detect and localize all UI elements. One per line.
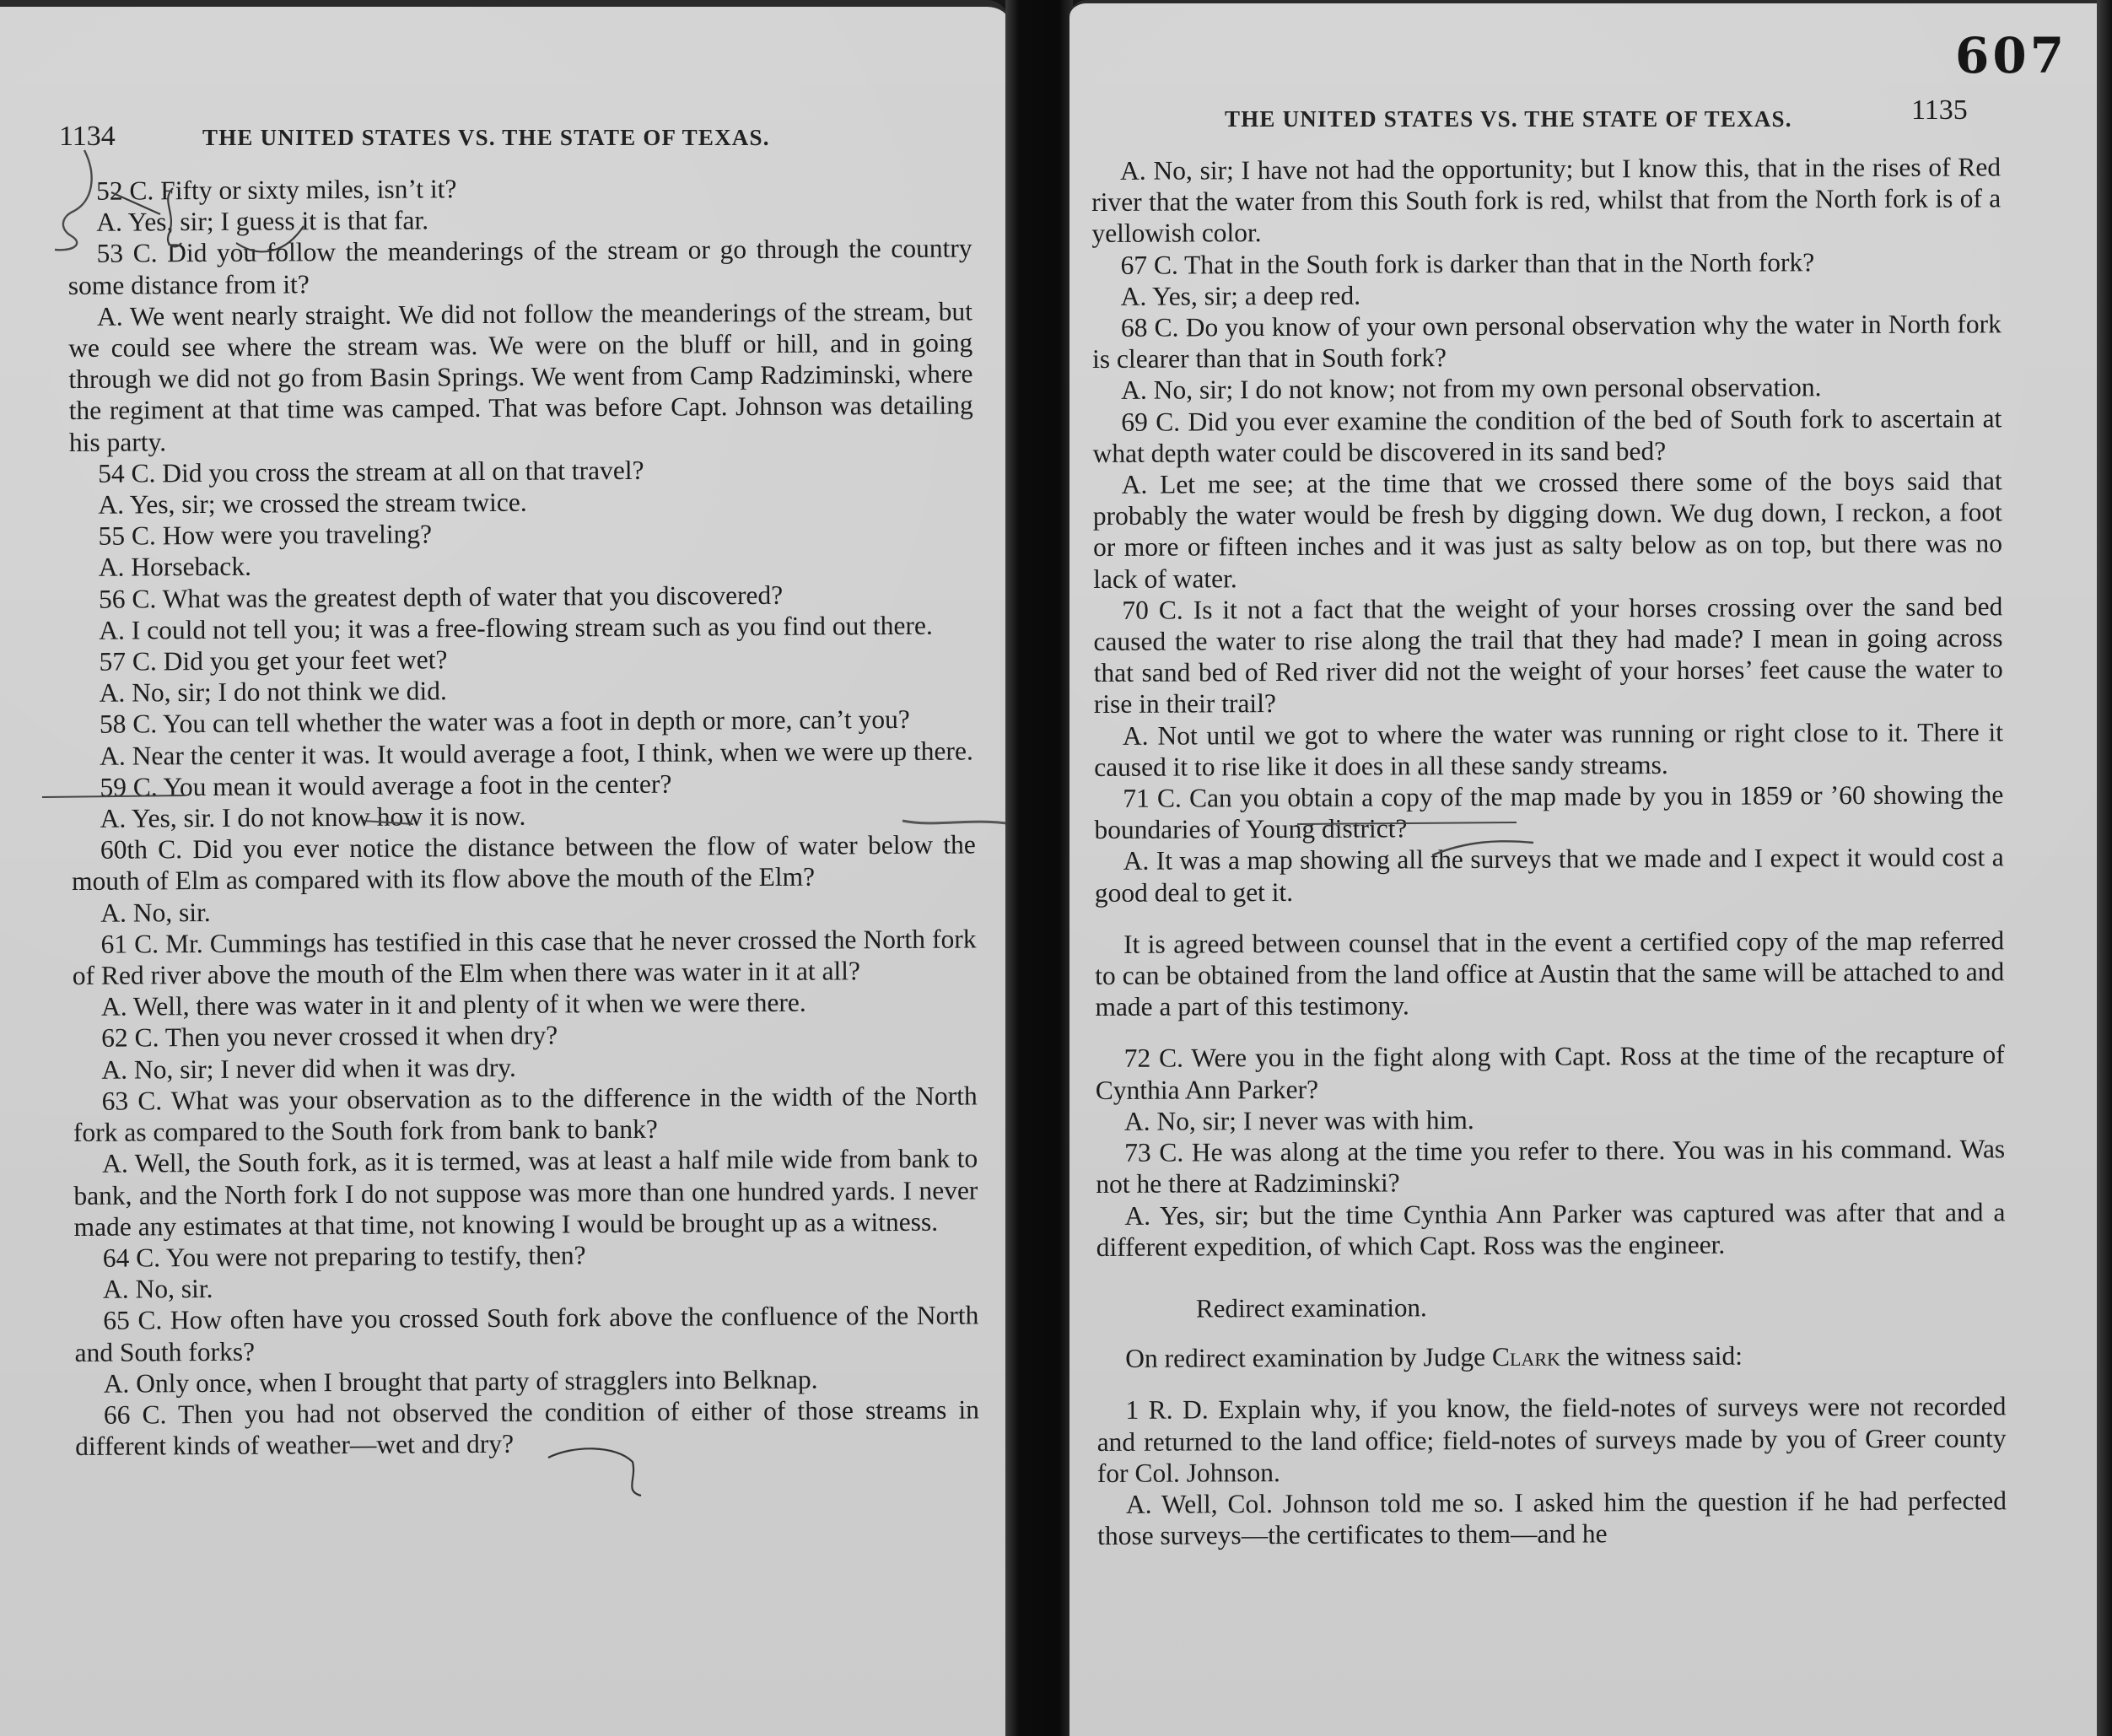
left-page-number: 1134 [59,121,116,153]
right-page-number: 1135 [1911,94,1968,127]
testimony-paragraph: A. I could not tell you; it was a free-f… [70,609,974,646]
archive-stamp-number: 607 [1955,27,2067,84]
testimony-paragraph: A. Well, the South fork, as it is termed… [73,1143,978,1243]
testimony-paragraph: A. Well, there was water in it and plent… [73,986,977,1023]
testimony-paragraph: 71 C. Can you obtain a copy of the map m… [1094,779,2003,845]
testimony-paragraph: A. Let me see; at the time that we cross… [1093,465,2003,595]
testimony-paragraph: A. It was a map showing all the surveys … [1095,842,2004,908]
right-running-head: THE UNITED STATES VS. THE STATE OF TEXAS… [1225,106,1792,132]
book-spine-gutter [1005,0,1073,1736]
left-page-body: 52 C. Fifty or sixty miles, isn’t it? A.… [67,170,979,1462]
testimony-paragraph: 1 R. D. Explain why, if you know, the fi… [1096,1391,2006,1489]
testimony-paragraph: A. Well, Col. Johnson told me so. I aske… [1097,1485,2007,1551]
testimony-paragraph: 62 C. Then you never crossed it when dry… [73,1017,977,1054]
book-spread: 1134 THE UNITED STATES VS. THE STATE OF … [0,0,2112,1736]
testimony-paragraph: 65 C. How often have you crossed South f… [74,1300,978,1368]
testimony-paragraph: 72 C. Were you in the fight along with C… [1096,1039,2005,1106]
right-page-body: A. No, sir; I have not had the opportuni… [1091,151,2007,1551]
testimony-paragraph: A. Yes, sir; but the time Cynthia Ann Pa… [1096,1196,2005,1263]
right-page-edge [2097,0,2112,1736]
redirect-intro-before: On redirect examination by Judge [1125,1342,1492,1373]
left-page: 1134 THE UNITED STATES VS. THE STATE OF … [0,0,1009,1736]
judge-name: Clark [1492,1342,1560,1372]
section-heading-redirect: Redirect examination. [1096,1289,2006,1324]
testimony-paragraph: 53 C. Did you follow the meanderings of … [67,233,972,301]
testimony-paragraph: 63 C. What was your observation as to th… [73,1080,978,1148]
counsel-stipulation: It is agreed between counsel that in the… [1095,925,2004,1022]
testimony-paragraph: A. No, sir; I do not know; not from my o… [1092,371,2002,407]
testimony-paragraph: A. No, sir; I never was with him. [1096,1102,2005,1137]
testimony-paragraph: A. Yes, sir; a deep red. [1092,277,2002,312]
testimony-paragraph: 68 C. Do you know of your own personal o… [1092,308,2002,375]
testimony-paragraph: A. Not until we got to where the water w… [1094,716,2003,783]
right-page: 607 THE UNITED STATES VS. THE STATE OF T… [1069,0,2100,1736]
testimony-paragraph: 70 C. Is it not a fact that the weight o… [1093,590,2003,720]
left-running-head: THE UNITED STATES VS. THE STATE OF TEXAS… [202,125,770,151]
testimony-paragraph: 58 C. You can tell whether the water was… [71,704,975,741]
testimony-paragraph: A. No, sir; I have not had the opportuni… [1091,151,2001,249]
testimony-paragraph: 60th C. Did you ever notice the distance… [72,829,976,898]
redirect-intro: On redirect examination by Judge Clark t… [1096,1339,2006,1374]
testimony-paragraph: A. We went nearly straight. We did not f… [68,295,973,458]
redirect-intro-after: the witness said: [1560,1341,1743,1372]
testimony-paragraph: 61 C. Mr. Cummings has testified in this… [72,923,976,991]
testimony-paragraph: A. Near the center it was. It would aver… [71,735,975,772]
testimony-paragraph: A. No, sir. [72,892,976,929]
testimony-paragraph: 69 C. Did you ever examine the condition… [1092,402,2002,469]
testimony-paragraph: 66 C. Then you had not observed the cond… [75,1394,979,1462]
testimony-paragraph: A. Yes, sir; I guess it is that far. [67,202,972,239]
testimony-paragraph: 67 C. That in the South fork is darker t… [1091,245,2001,281]
testimony-paragraph: A. No, sir; I never did when it was dry. [73,1049,977,1086]
testimony-paragraph: 52 C. Fifty or sixty miles, isn’t it? [67,170,972,207]
testimony-paragraph: 73 C. He was along at the time you refer… [1096,1133,2005,1200]
